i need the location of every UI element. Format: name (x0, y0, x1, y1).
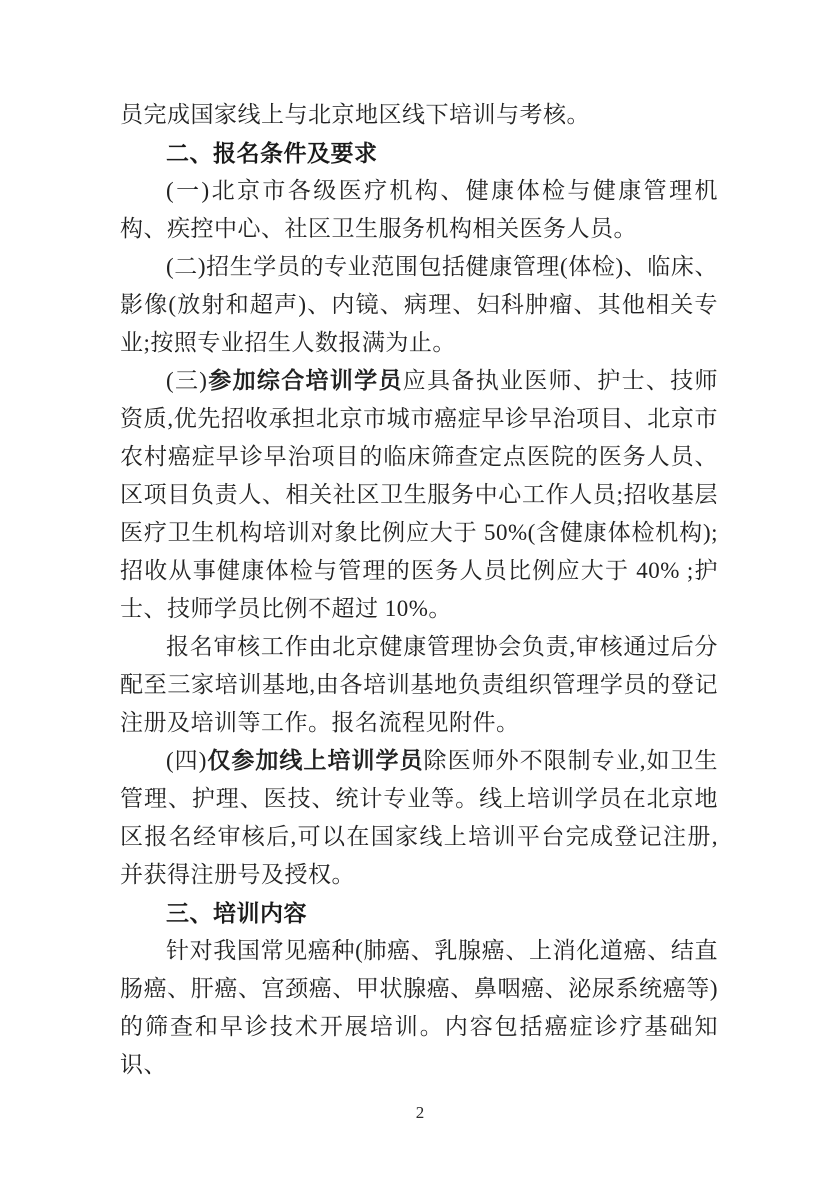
paragraph-item-2: (二)招生学员的专业范围包括健康管理(体检)、临床、影像(放射和超声)、内镜、病… (120, 248, 718, 362)
paragraph-training-intro: 针对我国常见癌种(肺癌、乳腺癌、上消化道癌、结直肠癌、肝癌、宫颈癌、甲状腺癌、鼻… (120, 932, 718, 1084)
paragraph-item-4: (四)仅参加线上培训学员除医师外不限制专业,如卫生管理、护理、医技、统计专业等。… (120, 742, 718, 894)
item-4-bold-term: 仅参加线上培训学员 (207, 748, 424, 773)
paragraph-item-3: (三)参加综合培训学员应具备执业医师、护士、技师资质,优先招收承担北京市城市癌症… (120, 362, 718, 628)
document-page: 员完成国家线上与北京地区线下培训与考核。 二、报名条件及要求 (一)北京市各级医… (0, 0, 840, 1187)
item-4-prefix: (四) (166, 748, 207, 773)
paragraph-item-1: (一)北京市各级医疗机构、健康体检与健康管理机构、疾控中心、社区卫生服务机构相关… (120, 172, 718, 248)
page-number: 2 (0, 1102, 840, 1124)
item-3-bold-term: 参加综合培训学员 (207, 368, 402, 393)
section-heading-registration-requirements: 二、报名条件及要求 (120, 134, 718, 172)
document-body: 员完成国家线上与北京地区线下培训与考核。 二、报名条件及要求 (一)北京市各级医… (120, 96, 718, 1084)
section-heading-training-content: 三、培训内容 (120, 894, 718, 932)
paragraph-item-3-note: 报名审核工作由北京健康管理协会负责,审核通过后分配至三家培训基地,由各培训基地负… (120, 628, 718, 742)
paragraph-continuation: 员完成国家线上与北京地区线下培训与考核。 (120, 96, 718, 134)
item-3-text: 应具备执业医师、护士、技师资质,优先招收承担北京市城市癌症早诊早治项目、北京市农… (120, 368, 718, 621)
item-3-prefix: (三) (166, 368, 207, 393)
